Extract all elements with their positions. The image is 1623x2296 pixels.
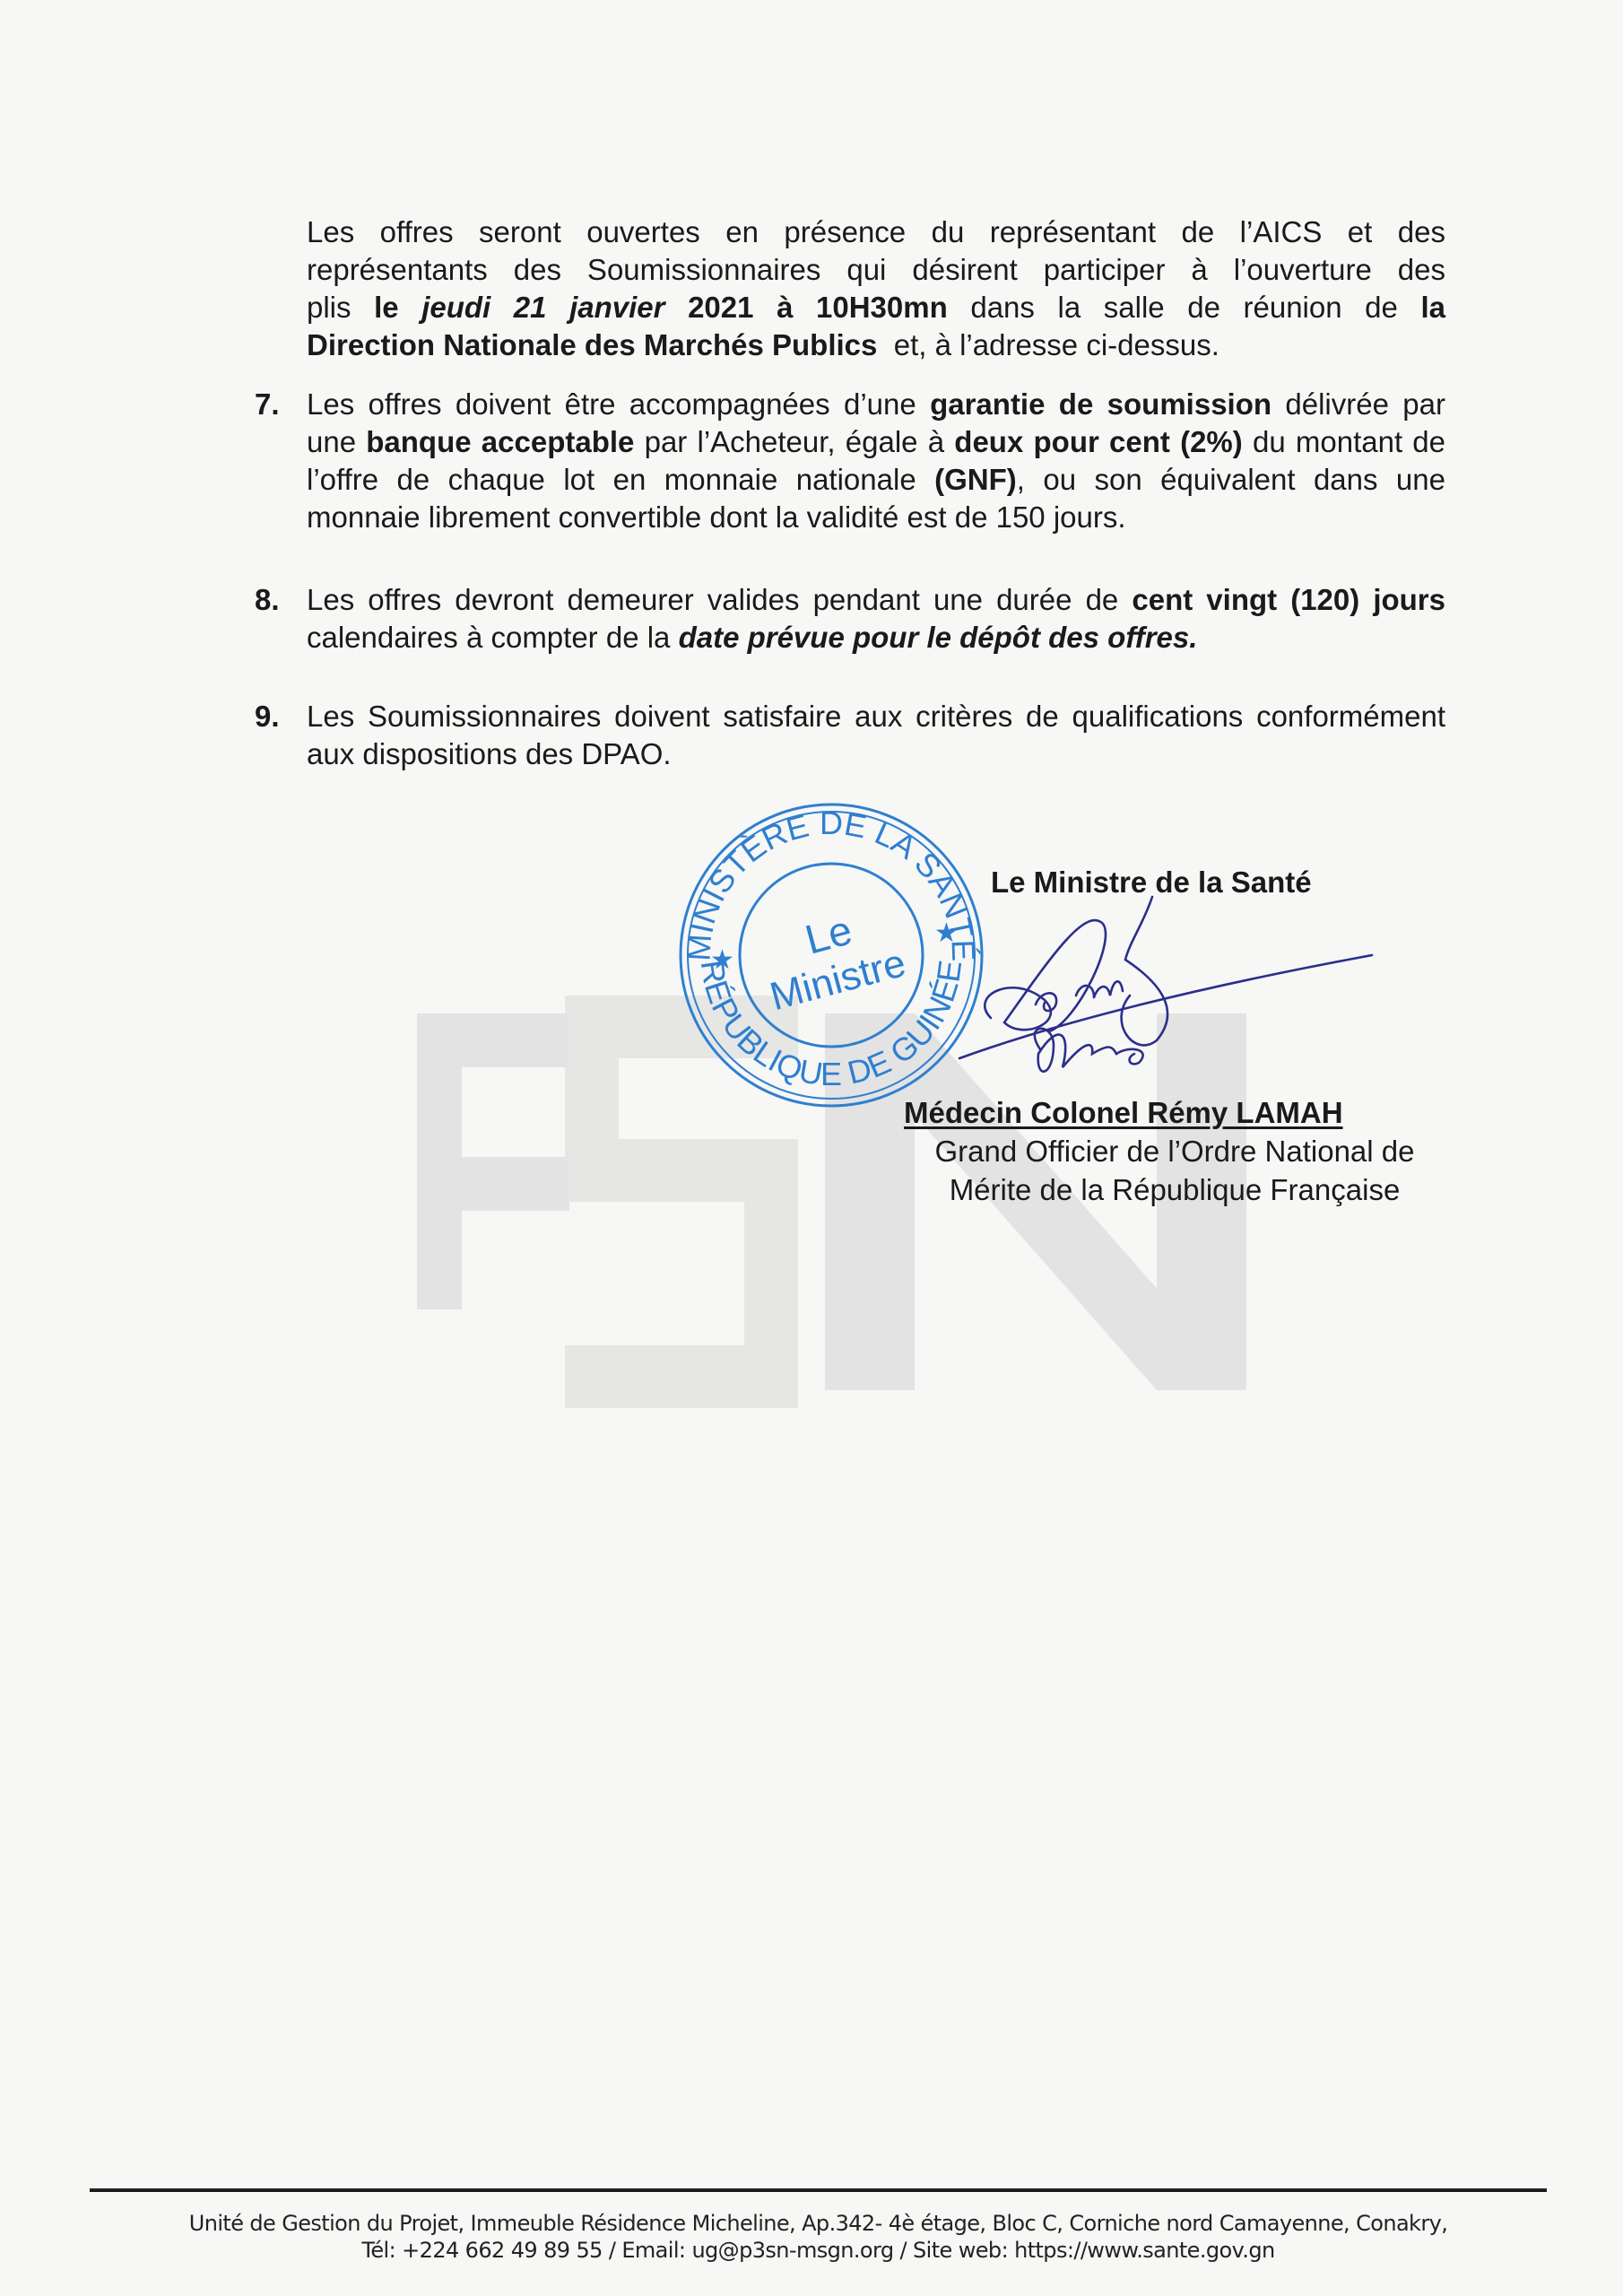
opening-line-3: plis le jeudi 21 janvier 2021 à 10H30mn … [307,289,1445,326]
footer-divider [90,2188,1547,2192]
signatory-distinction-line-2: Mérite de la République Française [897,1173,1453,1207]
item-number: 8. [255,581,280,619]
footer-address: Unité de Gestion du Projet, Immeuble Rés… [90,2211,1547,2236]
list-item-7: 7. Les offres doivent être accompagnées … [307,386,1445,536]
list-item-9: 9. Les Soumissionnaires doivent satisfai… [307,698,1445,773]
signatory-distinction-line-1: Grand Officier de l’Ordre National de [897,1135,1453,1169]
handwritten-signature [950,888,1399,1094]
opening-line-4: Direction Nationale des Marchés Publics … [307,326,1445,364]
footer-contact: Tél: +224 662 49 89 55 / Email: ug@p3sn-… [90,2238,1547,2263]
list-item-8: 8. Les offres devront demeurer valides p… [307,581,1445,657]
opening-line-2: représentants des Soumissionnaires qui d… [307,251,1445,289]
ministry-stamp: MINISTÈRE DE LA SANTÉ RÉPUBLIQUE DE GUIN… [674,798,988,1112]
paragraph-opening: Les offres seront ouvertes en présence d… [307,213,1445,364]
item-number: 9. [255,698,280,735]
opening-line-1: Les offres seront ouvertes en présence d… [307,213,1445,251]
stamp-star-left-icon: ★ [710,945,734,975]
item-number: 7. [255,386,280,423]
